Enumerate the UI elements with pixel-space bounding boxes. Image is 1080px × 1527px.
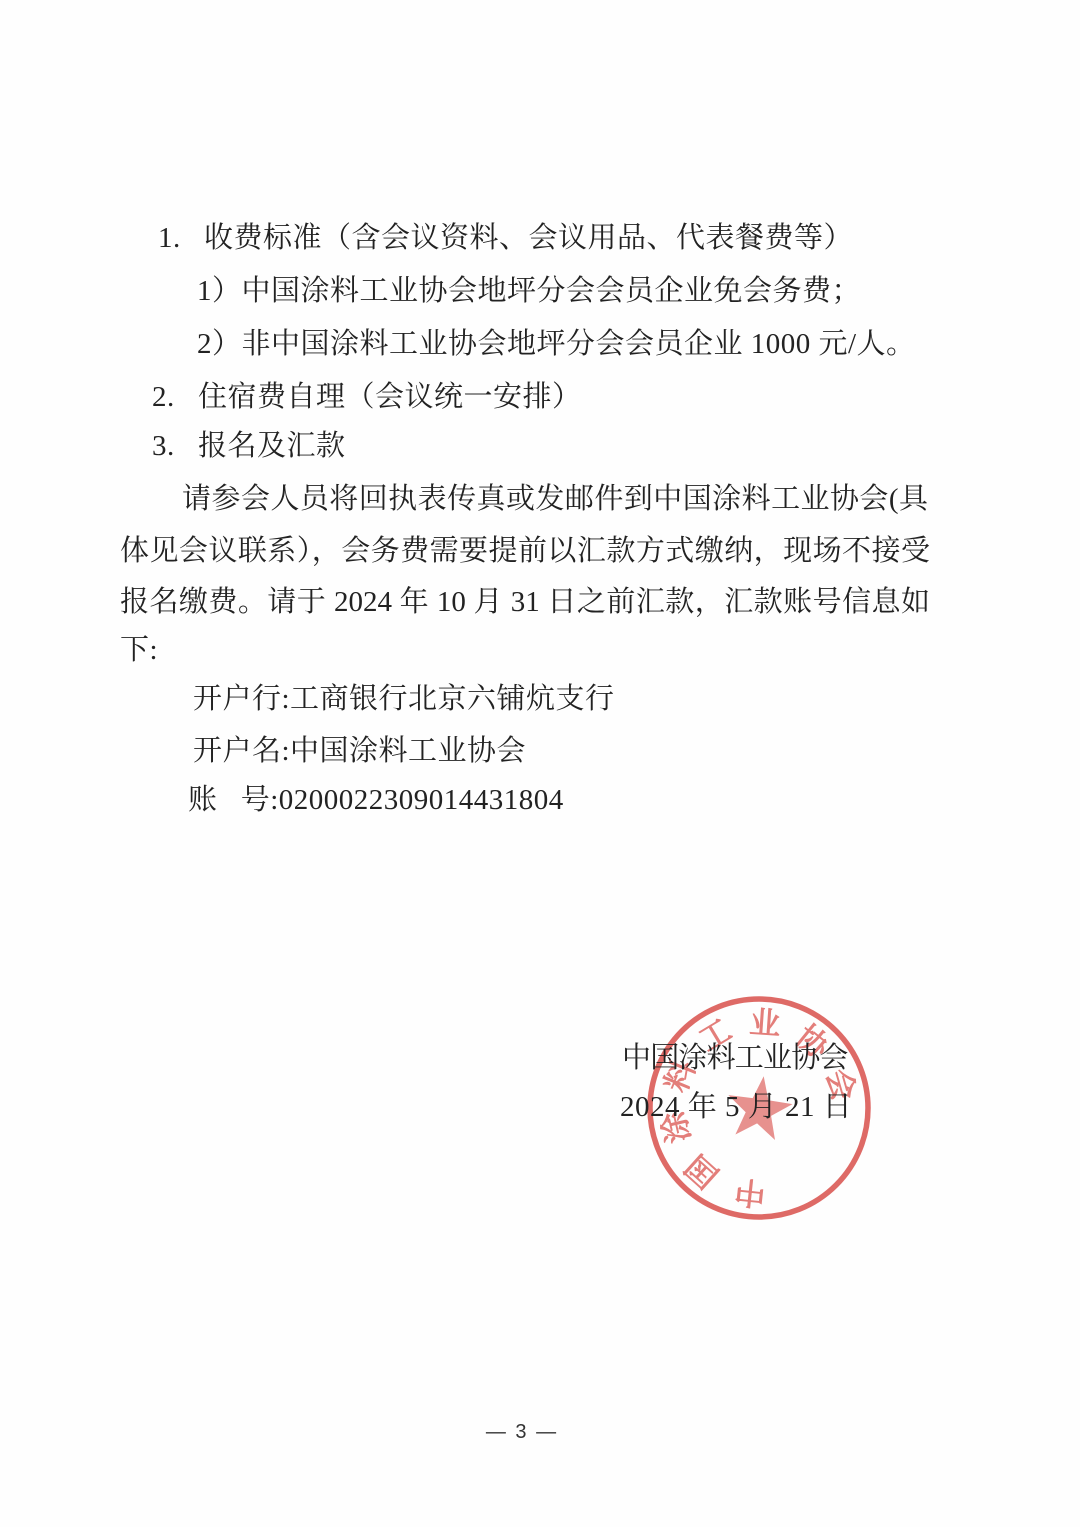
list-item-1-sub-1: 1）中国涂料工业协会地坪分会会员企业免会务费；: [197, 271, 861, 311]
bank-account-number-line: 账 号:0200022309014431804: [188, 780, 564, 820]
page-number: — 3 —: [0, 1421, 1044, 1444]
list-item-2: 2. 住宿费自理（会议统一安排）: [152, 377, 582, 417]
signature-organization: 中国涂料工业协会: [622, 1038, 848, 1078]
paragraph-line-4: 下:: [120, 630, 158, 670]
paragraph-line-1: 请参会人员将回执表传真或发邮件到中国涂料工业协会(具: [182, 479, 928, 519]
paragraph-line-2: 体见会议联系），会务费需要提前以汇款方式缴纳，现场不接受: [120, 531, 930, 571]
document-page: 1. 收费标准（含会议资料、会议用品、代表餐费等） 1）中国涂料工业协会地坪分会…: [0, 0, 1080, 1527]
seal-char-5: 业: [748, 1005, 781, 1042]
list-item-3: 3. 报名及汇款: [152, 426, 346, 466]
bank-account-name-line: 开户名:中国涂料工业协会: [193, 731, 526, 771]
seal-char-0: 中: [733, 1173, 767, 1211]
list-item-1: 1. 收费标准（含会议资料、会议用品、代表餐费等）: [158, 218, 853, 258]
paragraph-line-3: 报名缴费。请于 2024 年 10 月 31 日之前汇款，汇款账号信息如: [120, 582, 930, 622]
list-item-1-sub-2: 2）非中国涂料工业协会地坪分会会员企业 1000 元/人。: [197, 324, 916, 364]
bank-branch-line: 开户行:工商银行北京六铺炕支行: [193, 679, 615, 719]
signature-date: 2024 年 5 月 21 日: [620, 1087, 852, 1127]
